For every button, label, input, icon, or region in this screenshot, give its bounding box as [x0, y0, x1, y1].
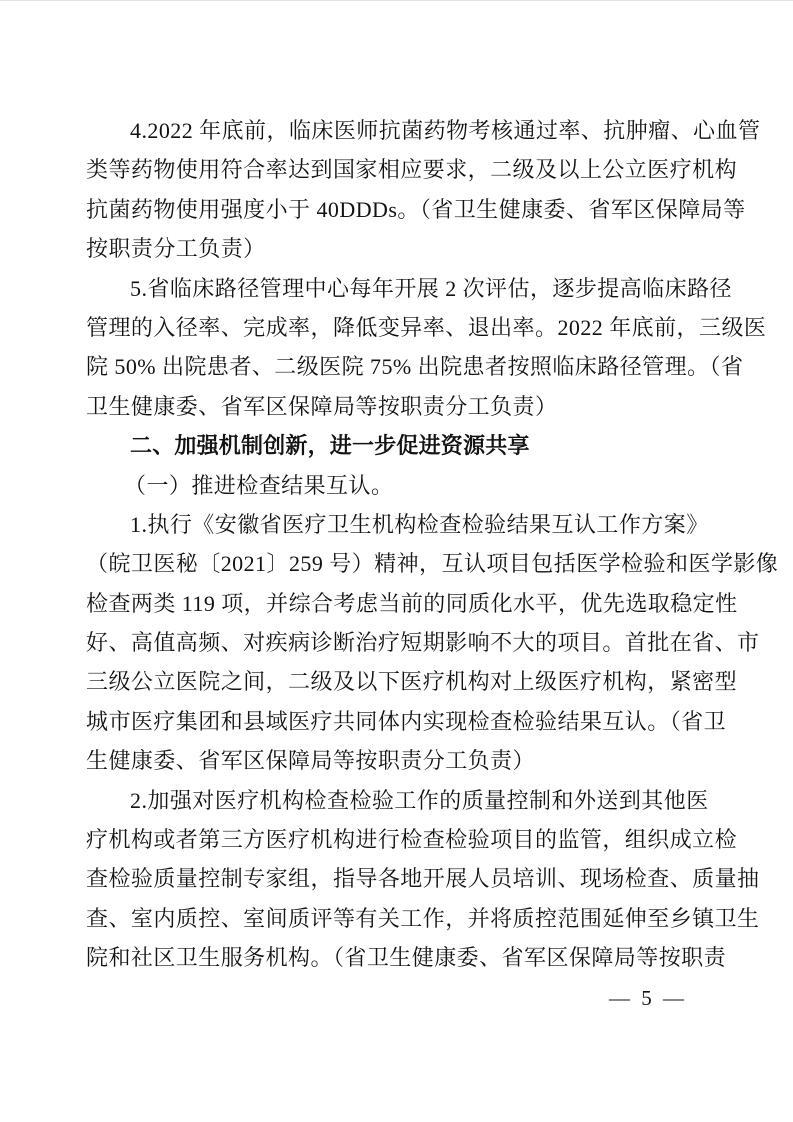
- doc-line: 三级公立医院之间，二级及以下医疗机构对上级医疗机构，紧密型: [86, 662, 716, 701]
- paragraph-item-5: 5.省临床路径管理中心每年开展 2 次评估，逐步提高临床路径 管理的入径率、完成…: [86, 269, 716, 427]
- doc-line: 检查两类 119 项，并综合考虑当前的同质化水平，优先选取稳定性: [86, 584, 716, 623]
- doc-line: 1.执行《安徽省医疗卫生机构检查检验结果互认工作方案》: [86, 505, 716, 544]
- doc-line: 5.省临床路径管理中心每年开展 2 次评估，逐步提高临床路径: [86, 269, 716, 308]
- doc-line: 查检验质量控制专家组，指导各地开展人员培训、现场检查、质量抽: [86, 859, 716, 898]
- doc-line: 管理的入径率、完成率，降低变异率、退出率。2022 年底前，三级医: [86, 308, 716, 347]
- subsection-heading-text: （一）推进检查结果互认。: [86, 466, 716, 505]
- doc-line: 城市医疗集团和县域医疗共同体内实现检查检验结果互认。（省卫: [86, 702, 716, 741]
- subsection-heading-1: （一）推进检查结果互认。: [86, 466, 716, 505]
- doc-line: 好、高值高频、对疾病诊断治疗短期影响不大的项目。首批在省、市: [86, 623, 716, 662]
- doc-line: 查、室内质控、室间质评等有关工作，并将质控范围延伸至乡镇卫生: [86, 899, 716, 938]
- doc-line: 院 50% 出院患者、二级医院 75% 出院患者按照临床路径管理。（省: [86, 347, 716, 386]
- paragraph-item-1: 1.执行《安徽省医疗卫生机构检查检验结果互认工作方案》 （皖卫医秘〔2021〕2…: [86, 505, 716, 781]
- document-page: 4.2022 年底前，临床医师抗菌药物考核通过率、抗肿瘤、心血管 类等药物使用符…: [0, 0, 793, 1122]
- section-heading-text: 二、加强机制创新，进一步促进资源共享: [86, 426, 716, 465]
- doc-line: 卫生健康委、省军区保障局等按职责分工负责）: [86, 387, 716, 426]
- doc-line: 4.2022 年底前，临床医师抗菌药物考核通过率、抗肿瘤、心血管: [86, 111, 716, 150]
- page-number: — 5 —: [609, 984, 687, 1012]
- paragraph-item-2: 2.加强对医疗机构检查检验工作的质量控制和外送到其他医 疗机构或者第三方医疗机构…: [86, 781, 716, 978]
- doc-line: 类等药物使用符合率达到国家相应要求，二级及以上公立医疗机构: [86, 150, 716, 189]
- doc-line: 抗菌药物使用强度小于 40DDDs。（省卫生健康委、省军区保障局等: [86, 190, 716, 229]
- doc-line: 疗机构或者第三方医疗机构进行检查检验项目的监管，组织成立检: [86, 820, 716, 859]
- doc-line: 院和社区卫生服务机构。（省卫生健康委、省军区保障局等按职责: [86, 938, 716, 977]
- section-heading-2: 二、加强机制创新，进一步促进资源共享: [86, 426, 716, 465]
- doc-line: 按职责分工负责）: [86, 229, 716, 268]
- document-body: 4.2022 年底前，临床医师抗菌药物考核通过率、抗肿瘤、心血管 类等药物使用符…: [86, 111, 716, 978]
- doc-line: 2.加强对医疗机构检查检验工作的质量控制和外送到其他医: [86, 781, 716, 820]
- paragraph-item-4: 4.2022 年底前，临床医师抗菌药物考核通过率、抗肿瘤、心血管 类等药物使用符…: [86, 111, 716, 269]
- doc-line: （皖卫医秘〔2021〕259 号）精神，互认项目包括医学检验和医学影像: [86, 544, 716, 583]
- doc-line: 生健康委、省军区保障局等按职责分工负责）: [86, 741, 716, 780]
